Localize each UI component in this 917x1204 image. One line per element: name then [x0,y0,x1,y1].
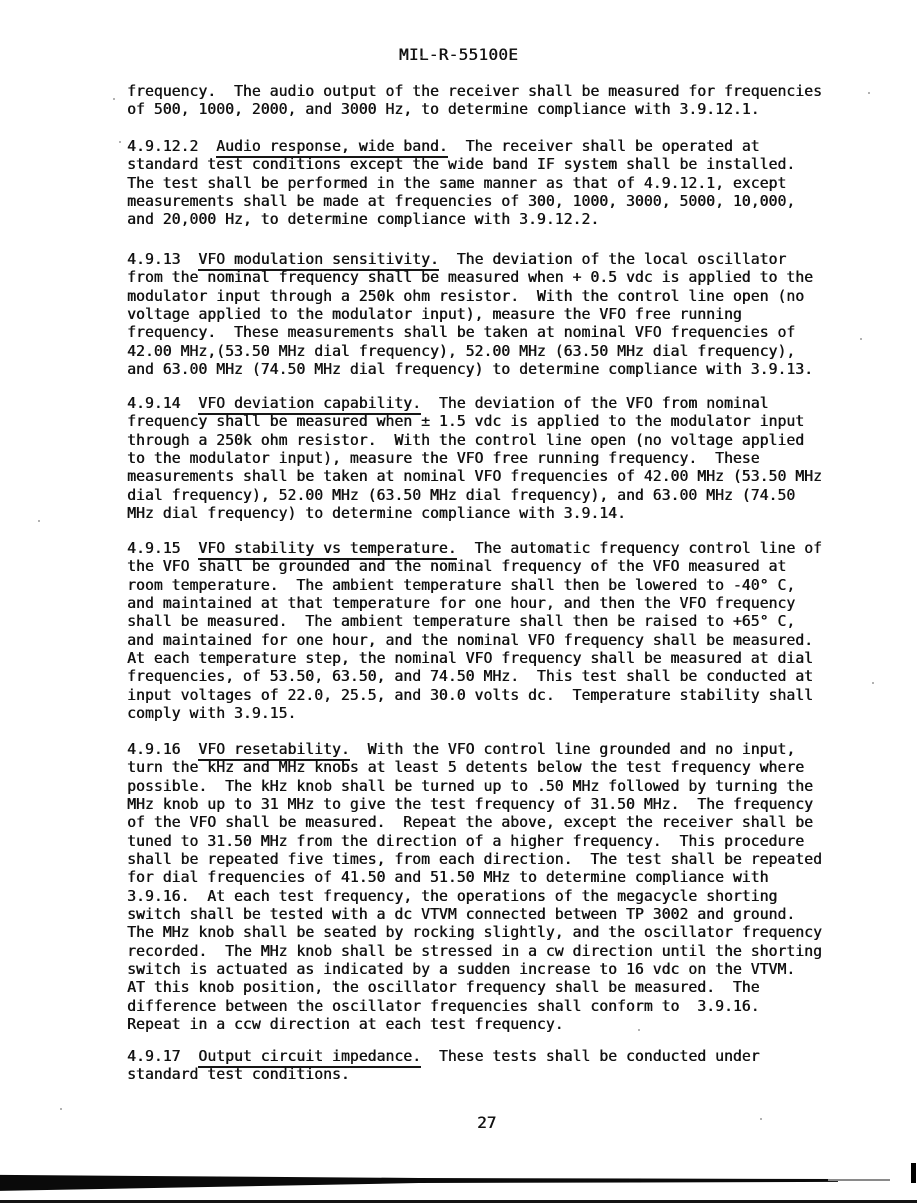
text-line: to the modulator input), measure the VFO… [127,450,822,468]
text-line: switch shall be tested with a dc VTVM co… [127,906,822,924]
paragraph-4.9.12.2: 4.9.12.2 Audio response, wide band. The … [127,138,795,230]
text-line: 4.9.14 VFO deviation capability. The dev… [127,395,822,413]
text-line: The MHz knob shall be seated by rocking … [127,924,822,942]
scan-speck [38,520,40,522]
doc-id-header: MIL-R-55100E [0,45,917,64]
text-line: input voltages of 22.0, 25.5, and 30.0 v… [127,687,822,705]
scan-artifact-bottom-line [0,1200,917,1203]
text-line: recorded. The MHz knob shall be stressed… [127,943,822,961]
text-line: 3.9.16. At each test frequency, the oper… [127,888,822,906]
text-line: frequencies, of 53.50, 63.50, and 74.50 … [127,668,822,686]
section-heading: VFO stability vs temperature. [198,540,456,560]
scan-artifact-band [0,1174,838,1192]
text-line: 4.9.12.2 Audio response, wide band. The … [127,138,795,156]
text-line: frequency shall be measured when ± 1.5 v… [127,413,822,431]
text-line: of the VFO shall be measured. Repeat the… [127,814,822,832]
text-line: turn the kHz and MHz knobs at least 5 de… [127,759,822,777]
scan-speck [420,56,422,58]
section-heading: Output circuit impedance. [198,1048,421,1068]
text-line: possible. The kHz knob shall be turned u… [127,778,822,796]
scan-speck [638,1029,640,1031]
text-line: and maintained for one hour, and the nom… [127,632,822,650]
text-line: voltage applied to the modulator input),… [127,306,813,324]
text-line: the VFO shall be grounded and the nomina… [127,558,822,576]
text-line: and 63.00 MHz (74.50 MHz dial frequency)… [127,361,813,379]
page-number: 27 [477,1113,496,1132]
text-line: from the nominal frequency shall be meas… [127,269,813,287]
paragraph-4.9.13: 4.9.13 VFO modulation sensitivity. The d… [127,251,813,379]
text-line: difference between the oscillator freque… [127,998,822,1016]
text-line: modulator input through a 250k ohm resis… [127,288,813,306]
text-line: MHz knob up to 31 MHz to give the test f… [127,796,822,814]
text-line: tuned to 31.50 MHz from the direction of… [127,833,822,851]
text-line: 4.9.16 VFO resetability. With the VFO co… [127,741,822,759]
text-line: The test shall be performed in the same … [127,175,795,193]
text-line: and 20,000 Hz, to determine compliance w… [127,211,795,229]
text-line: MHz dial frequency) to determine complia… [127,505,822,523]
paragraph-4.9.17: 4.9.17 Output circuit impedance. These t… [127,1048,760,1085]
document-page: MIL-R-55100E frequency. The audio output… [0,0,917,1204]
text-line: frequency. The audio output of the recei… [127,83,822,101]
scan-speck [113,98,115,100]
scan-speck [60,1108,62,1110]
scan-artifact-band-tail [828,1179,890,1181]
text-line: 42.00 MHz,(53.50 MHz dial frequency), 52… [127,343,813,361]
text-line: standard test conditions. [127,1066,760,1084]
text-line: Repeat in a ccw direction at each test f… [127,1016,822,1034]
text-line: shall be repeated five times, from each … [127,851,822,869]
scan-speck [119,141,121,143]
scan-speck [760,1118,762,1120]
paragraph-continuation: frequency. The audio output of the recei… [127,83,822,120]
paragraph-4.9.16: 4.9.16 VFO resetability. With the VFO co… [127,741,822,1035]
text-line: of 500, 1000, 2000, and 3000 Hz, to dete… [127,101,822,119]
scan-speck [860,338,862,340]
text-line: through a 250k ohm resistor. With the co… [127,432,822,450]
scan-artifact-edge-mark [911,1163,916,1183]
scan-speck [872,682,874,684]
text-line: frequency. These measurements shall be t… [127,324,813,342]
section-heading: VFO resetability. [198,741,349,761]
text-line: AT this knob position, the oscillator fr… [127,979,822,997]
section-heading: VFO modulation sensitivity. [198,251,439,271]
text-line: 4.9.13 VFO modulation sensitivity. The d… [127,251,813,269]
section-heading: VFO deviation capability. [198,395,421,415]
text-line: shall be measured. The ambient temperatu… [127,613,822,631]
text-line: room temperature. The ambient temperatur… [127,577,822,595]
text-line: At each temperature step, the nominal VF… [127,650,822,668]
text-line: comply with 3.9.15. [127,705,822,723]
paragraph-4.9.15: 4.9.15 VFO stability vs temperature. The… [127,540,822,723]
text-line: standard test conditions except the wide… [127,156,795,174]
text-line: dial frequency), 52.00 MHz (63.50 MHz di… [127,487,822,505]
text-line: measurements shall be taken at nominal V… [127,468,822,486]
text-line: and maintained at that temperature for o… [127,595,822,613]
scan-speck [868,92,870,94]
text-line: 4.9.15 VFO stability vs temperature. The… [127,540,822,558]
text-line: measurements shall be made at frequencie… [127,193,795,211]
section-heading: Audio response, wide band. [216,138,448,158]
text-line: 4.9.17 Output circuit impedance. These t… [127,1048,760,1066]
text-line: switch is actuated as indicated by a sud… [127,961,822,979]
text-line: for dial frequencies of 41.50 and 51.50 … [127,869,822,887]
paragraph-4.9.14: 4.9.14 VFO deviation capability. The dev… [127,395,822,523]
